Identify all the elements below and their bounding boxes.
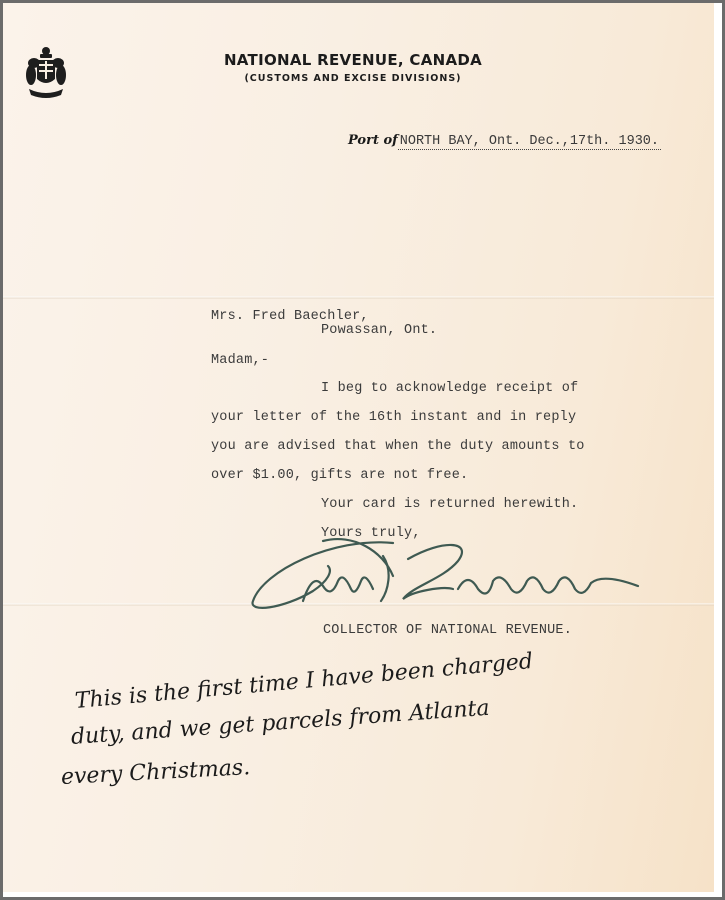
handwritten-note-line: every Christmas. — [60, 755, 250, 790]
body-line: your letter of the 16th instant and in r… — [211, 410, 576, 425]
salutation: Madam,- — [211, 353, 269, 368]
body-line: over $1.00, gifts are not free. — [211, 468, 468, 483]
photo-frame: NATIONAL REVENUE, CANADA (CUSTOMS AND EX… — [3, 3, 722, 897]
recipient-location: Powassan, Ont. — [321, 323, 437, 338]
letterhead-title: NATIONAL REVENUE, CANADA — [193, 51, 513, 69]
recipient-name: Mrs. Fred Baechler, — [211, 309, 369, 324]
canada-coat-of-arms-icon — [25, 45, 67, 101]
letterhead-subtitle: (CUSTOMS AND EXCISE DIVISIONS) — [193, 73, 513, 84]
signature — [243, 531, 643, 616]
body-line: you are advised that when the duty amoun… — [211, 439, 585, 454]
port-line: Port ofNORTH BAY, Ont. Dec.,17th. 1930. — [348, 133, 661, 149]
signer-title: COLLECTOR OF NATIONAL REVENUE. — [323, 623, 572, 638]
letter-page: NATIONAL REVENUE, CANADA (CUSTOMS AND EX… — [3, 3, 714, 892]
port-date-value: NORTH BAY, Ont. Dec.,17th. 1930. — [398, 134, 661, 150]
body-line: Your card is returned herewith. — [321, 497, 578, 512]
fold-line — [3, 296, 714, 299]
body-line: I beg to acknowledge receipt of — [321, 381, 578, 396]
port-label: Port of — [348, 133, 398, 148]
